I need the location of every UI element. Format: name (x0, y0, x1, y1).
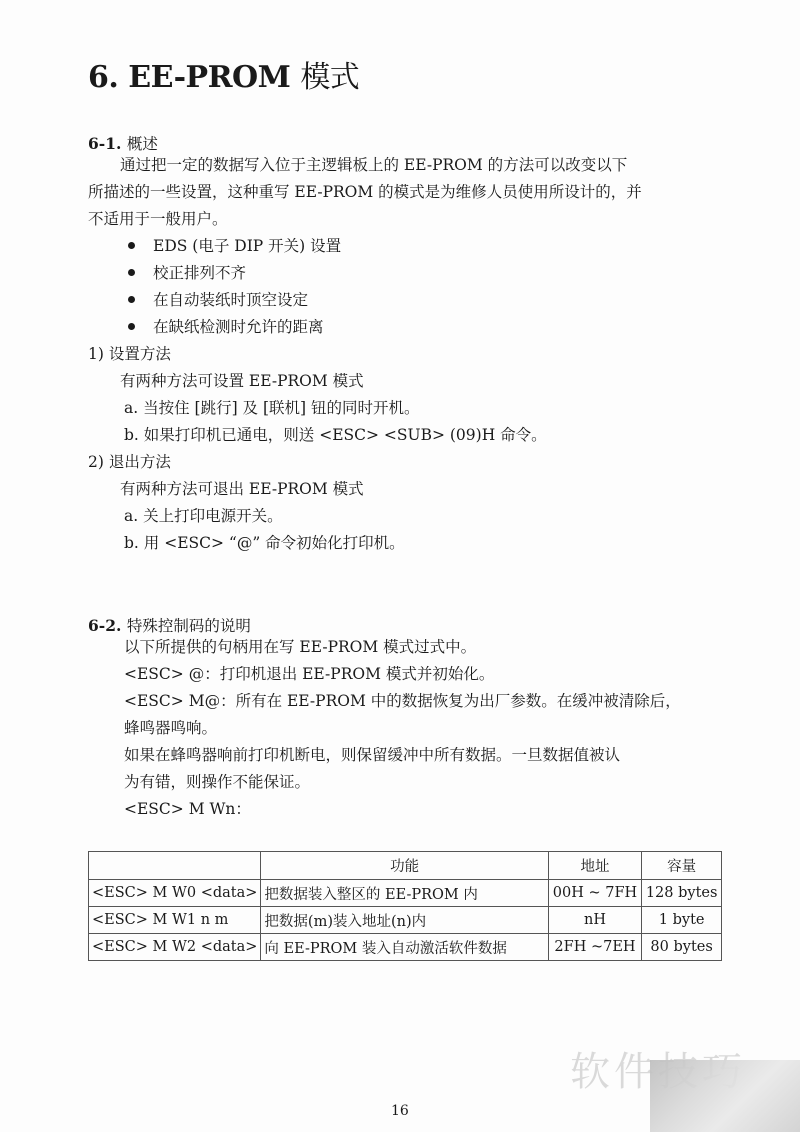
bullet-icon (128, 269, 135, 276)
pixelated-overlay (650, 1060, 800, 1132)
bullet-text: 校正排列不齐 (153, 264, 246, 282)
table-header-function: 功能 (261, 852, 548, 880)
section2-line-5: 如果在蜂鸣器响前打印机断电，则保留缓冲中所有数据。一旦数据值被认 (124, 742, 620, 769)
title-cjk: 模式 (300, 60, 359, 95)
table-header-address: 地址 (548, 852, 642, 880)
setup-method-item-b: b. 如果打印机已通电，则送 <ESC> <SUB> (09)H 命令。 (124, 422, 547, 449)
bullet-text: EDS (电子 DIP 开关) 设置 (153, 237, 341, 255)
bullet-icon (128, 323, 135, 330)
table-cell-address: 2FH ~7EH (548, 934, 642, 961)
table-header-cell (89, 852, 261, 880)
exit-method-label: 2) 退出方法 (88, 449, 171, 476)
table-cell-capacity: 1 byte (642, 907, 722, 934)
intro-line-1: 通过把一定的数据写入位于主逻辑板上的 EE-PROM 的方法可以改变以下 (120, 152, 627, 179)
bullet-text: 在自动装纸时顶空设定 (153, 291, 308, 309)
exit-method-item-a: a. 关上打印电源开关。 (124, 503, 283, 530)
section2-line-6: 为有错，则操作不能保证。 (124, 769, 310, 796)
section-number: 6-2. (88, 616, 121, 635)
section2-line-4: 蜂鸣器鸣响。 (124, 715, 217, 742)
table-row: <ESC> M W1 n m 把数据(m)装入地址(n)内 nH 1 byte (89, 907, 722, 934)
table-cell-command: <ESC> M W0 <data> (89, 880, 261, 907)
bullet-icon (128, 242, 135, 249)
section2-line-1: 以下所提供的句柄用在写 EE-PROM 模式过式中。 (124, 634, 476, 661)
table-row: <ESC> M W2 <data> 向 EE-PROM 装入自动激活软件数据 2… (89, 934, 722, 961)
table-cell-capacity: 128 bytes (642, 880, 722, 907)
section-title: 概述 (127, 135, 158, 153)
table-cell-function: 把数据装入整区的 EE-PROM 内 (261, 880, 548, 907)
section-heading-6-1: 6-1. 概述 (88, 132, 158, 154)
table-cell-address: nH (548, 907, 642, 934)
page-number: 16 (391, 1103, 409, 1119)
section-number: 6-1. (88, 134, 121, 153)
bullet-item: 在缺纸检测时允许的距离 (128, 314, 324, 341)
section-heading-6-2: 6-2. 特殊控制码的说明 (88, 614, 251, 636)
table-cell-address: 00H ~ 7FH (548, 880, 642, 907)
table-cell-function: 把数据(m)装入地址(n)内 (261, 907, 548, 934)
setup-method-desc: 有两种方法可设置 EE-PROM 模式 (120, 368, 364, 395)
eeprom-command-table: 功能 地址 容量 <ESC> M W0 <data> 把数据装入整区的 EE-P… (88, 851, 722, 961)
section2-line-3: <ESC> M@：所有在 EE-PROM 中的数据恢复为出厂参数。在缓冲被清除后… (124, 688, 681, 715)
section-title: 特殊控制码的说明 (127, 617, 251, 635)
table-cell-command: <ESC> M W2 <data> (89, 934, 261, 961)
table-cell-command: <ESC> M W1 n m (89, 907, 261, 934)
table-row: <ESC> M W0 <data> 把数据装入整区的 EE-PROM 内 00H… (89, 880, 722, 907)
exit-method-item-b: b. 用 <ESC> “@” 命令初始化打印机。 (124, 530, 405, 557)
table-cell-capacity: 80 bytes (642, 934, 722, 961)
table-header-capacity: 容量 (642, 852, 722, 880)
setup-method-label: 1) 设置方法 (88, 341, 171, 368)
title-number: 6. (88, 60, 118, 95)
bullet-icon (128, 296, 135, 303)
page-title: 6. EE-PROM 模式 (88, 52, 359, 96)
intro-line-2: 所描述的一些设置，这种重写 EE-PROM 的模式是为维修人员使用所设计的，并 (88, 179, 642, 206)
bullet-item: EDS (电子 DIP 开关) 设置 (128, 233, 341, 260)
bullet-item: 在自动装纸时顶空设定 (128, 287, 308, 314)
section2-line-2: <ESC> @：打印机退出 EE-PROM 模式并初始化。 (124, 661, 494, 688)
bullet-text: 在缺纸检测时允许的距离 (153, 318, 324, 336)
intro-line-3: 不适用于一般用户。 (88, 206, 228, 233)
bullet-item: 校正排列不齐 (128, 260, 246, 287)
exit-method-desc: 有两种方法可退出 EE-PROM 模式 (120, 476, 364, 503)
table-cell-function: 向 EE-PROM 装入自动激活软件数据 (261, 934, 548, 961)
section2-line-7: <ESC> M Wn： (124, 796, 251, 823)
table-header-row: 功能 地址 容量 (89, 852, 722, 880)
title-latin: EE-PROM (128, 60, 290, 95)
setup-method-item-a: a. 当按住 [跳行] 及 [联机] 钮的同时开机。 (124, 395, 420, 422)
